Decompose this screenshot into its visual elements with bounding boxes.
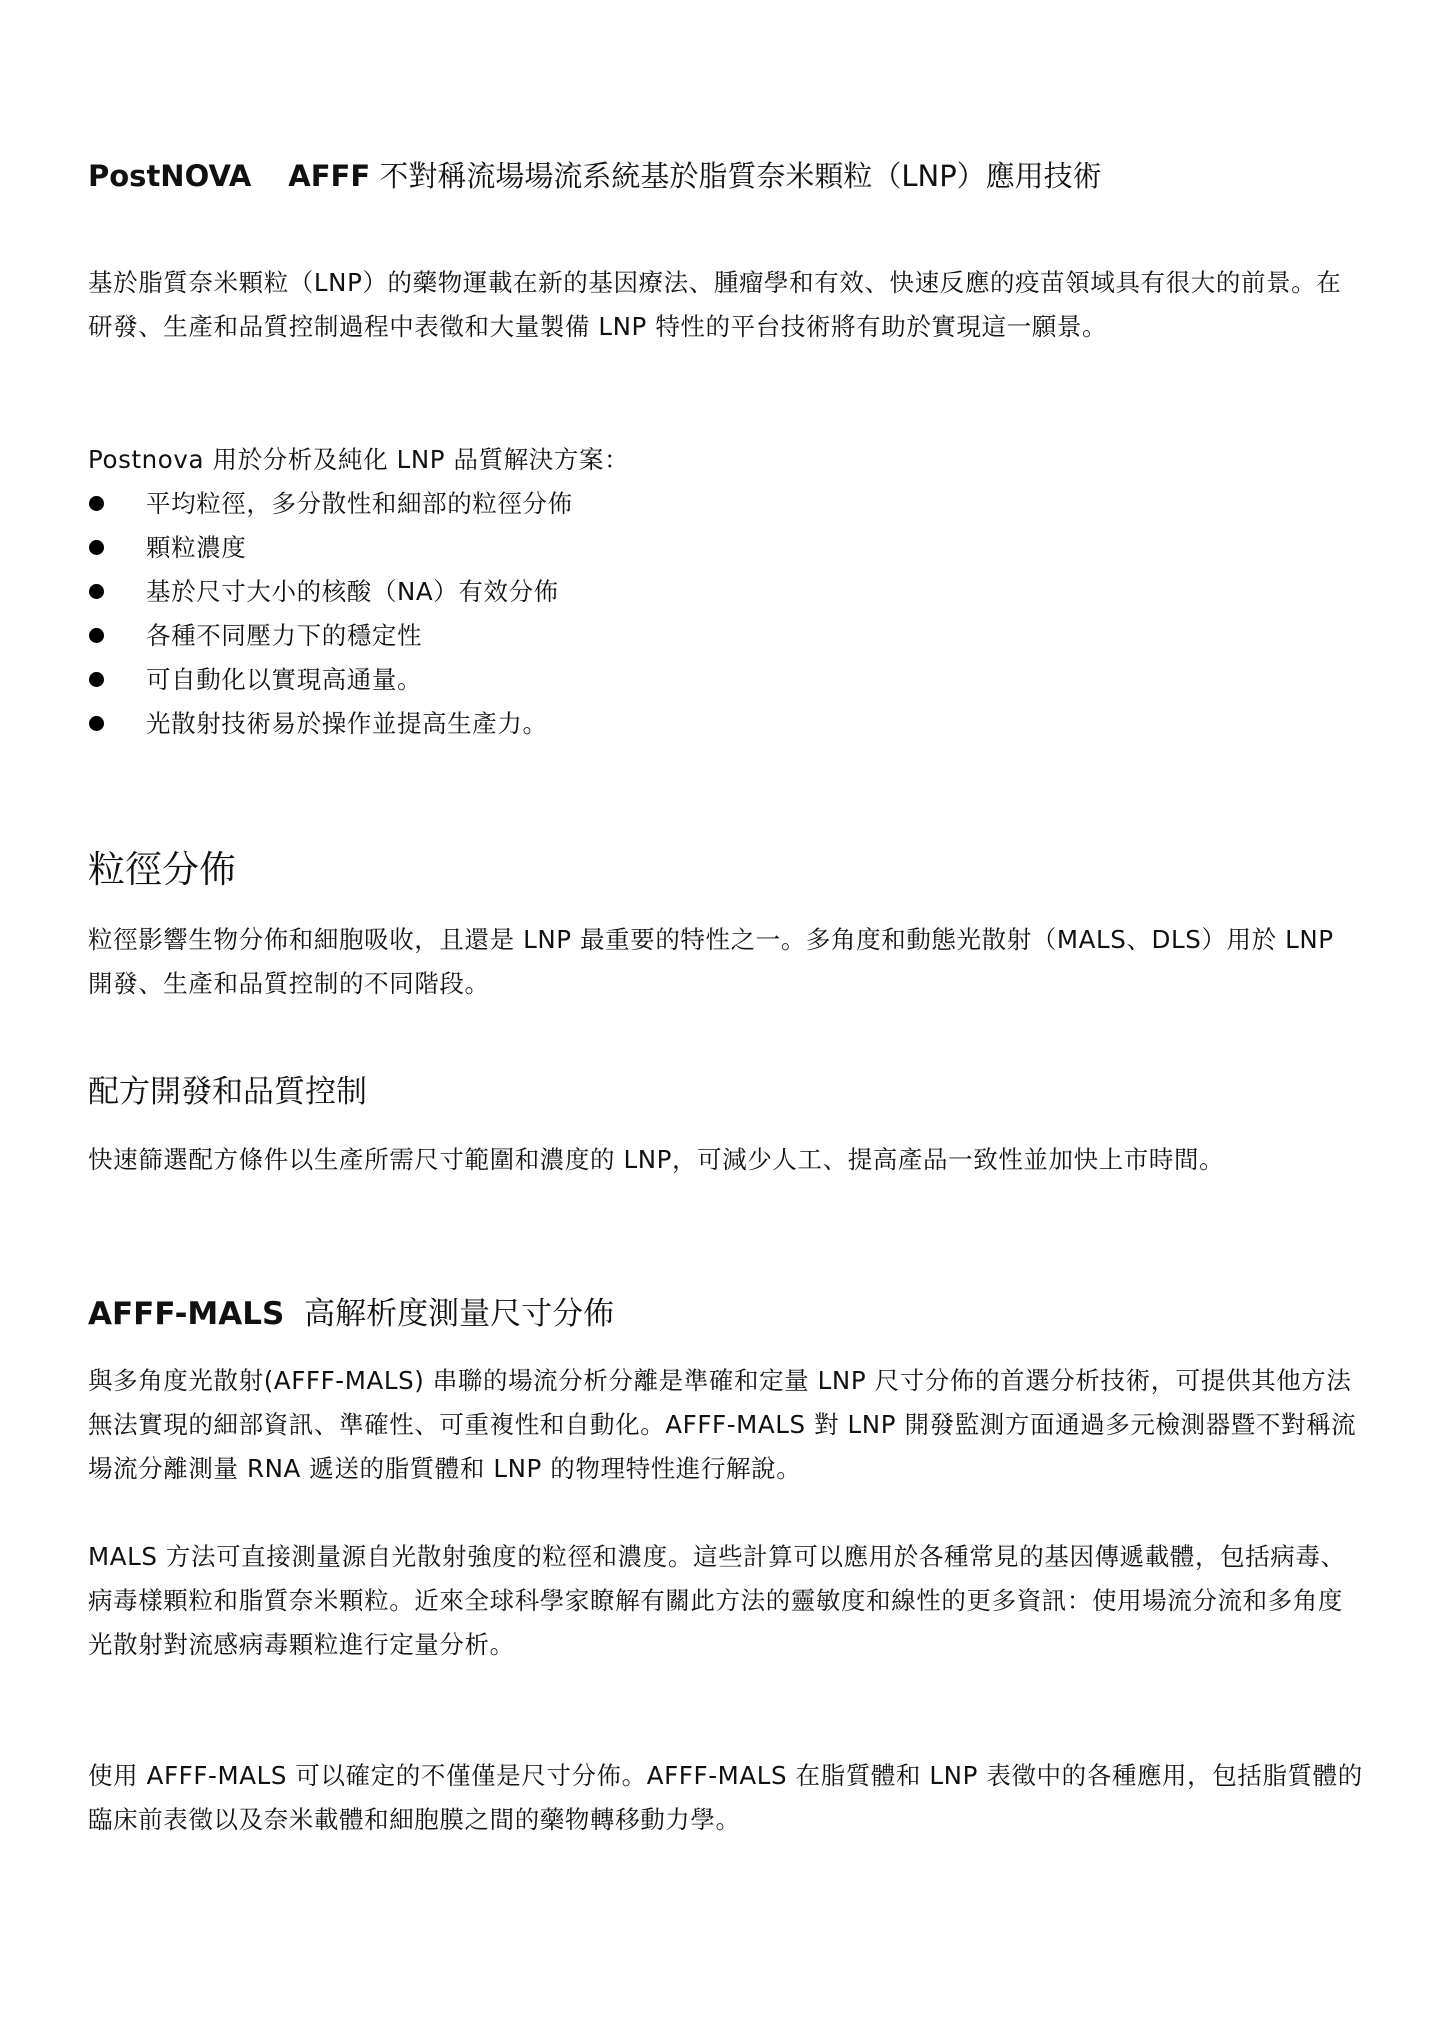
- solutions-list: 平均粒徑，多分散性和細部的粒徑分佈 顆粒濃度 基於尺寸大小的核酸（NA）有效分佈…: [88, 482, 1363, 746]
- section-heading-formulation: 配方開發和品質控制: [88, 1070, 1363, 1114]
- bullet-icon: [89, 628, 104, 643]
- list-item: 各種不同壓力下的穩定性: [88, 614, 1363, 658]
- list-item: 基於尺寸大小的核酸（NA）有效分佈: [88, 570, 1363, 614]
- list-item: 顆粒濃度: [88, 526, 1363, 570]
- section-paragraph: MALS 方法可直接測量源自光散射強度的粒徑和濃度。這些計算可以應用於各種常見的…: [88, 1535, 1363, 1667]
- list-item: 可自動化以實現高通量。: [88, 658, 1363, 702]
- section-paragraph: 使用 AFFF-MALS 可以確定的不僅僅是尺寸分佈。AFFF-MALS 在脂質…: [88, 1754, 1363, 1842]
- title-text: 不對稱流場場流系統基於脂質奈米顆粒（LNP）應用技術: [379, 159, 1101, 193]
- title-brand: PostNOVA: [88, 159, 251, 193]
- solutions-section: Postnova 用於分析及純化 LNP 品質解決方案： 平均粒徑，多分散性和細…: [88, 438, 1363, 746]
- solutions-lead: Postnova 用於分析及純化 LNP 品質解決方案：: [88, 438, 1363, 482]
- section-paragraph: 與多角度光散射(AFFF-MALS) 串聯的場流分析分離是準確和定量 LNP 尺…: [88, 1359, 1363, 1491]
- section-paragraph: 粒徑影響生物分佈和細胞吸收，且還是 LNP 最重要的特性之一。多角度和動態光散射…: [88, 918, 1363, 1006]
- heading-text: 高解析度測量尺寸分佈: [304, 1296, 614, 1332]
- bullet-icon: [89, 496, 104, 511]
- bullet-icon: [89, 672, 104, 687]
- section-heading-afff-mals: AFFF-MALS 高解析度測量尺寸分佈: [88, 1292, 1363, 1336]
- list-item: 平均粒徑，多分散性和細部的粒徑分佈: [88, 482, 1363, 526]
- bullet-icon: [89, 540, 104, 555]
- bullet-icon: [89, 584, 104, 599]
- list-item: 光散射技術易於操作並提高生產力。: [88, 702, 1363, 746]
- section-heading-particle-size: 粒徑分佈: [88, 846, 1363, 894]
- intro-paragraph: 基於脂質奈米顆粒（LNP）的藥物運載在新的基因療法、腫瘤學和有效、快速反應的疫苗…: [88, 261, 1363, 349]
- section-paragraph: 快速篩選配方條件以生產所需尺寸範圍和濃度的 LNP，可減少人工、提高產品一致性並…: [88, 1138, 1363, 1182]
- bullet-icon: [89, 716, 104, 731]
- heading-latin: AFFF-MALS: [88, 1296, 284, 1332]
- title-latin-prefix: AFFF: [288, 159, 370, 193]
- document-title: PostNOVA AFFF 不對稱流場場流系統基於脂質奈米顆粒（LNP）應用技術: [88, 156, 1363, 196]
